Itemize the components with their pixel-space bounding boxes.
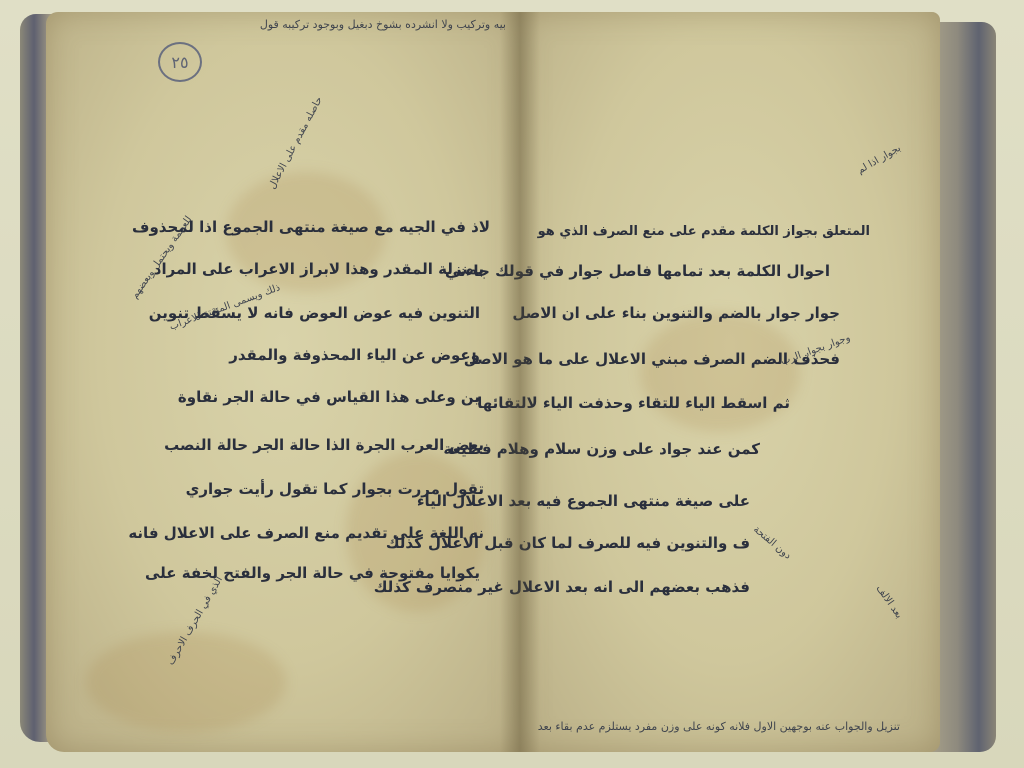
text-line: على صيغة منتهى الجموع فيه بعد الاعلال ال…	[417, 492, 750, 510]
book-gutter	[500, 12, 540, 752]
margin-note: بعد الالف	[874, 583, 905, 620]
text-line: ين وعلى هذا القياس في حالة الجر نقاوة	[178, 388, 480, 406]
left-page: ٢٥ بيه وتركيب ولا انشرده بشوخ دبغيل وبوج…	[46, 12, 520, 752]
text-line: فذهب بعضهم الى انه بعد الاعلال غير منصرف…	[374, 578, 750, 596]
photo-scene: ٢٥ بيه وتركيب ولا انشرده بشوخ دبغيل وبوج…	[0, 0, 1024, 768]
water-stain	[640, 312, 800, 432]
open-manuscript: ٢٥ بيه وتركيب ولا انشرده بشوخ دبغيل وبوج…	[20, 4, 980, 756]
text-line: ف والتنوين فيه للصرف لما كان قبل الاعلال…	[386, 534, 750, 552]
text-line: بمنزلة المقدر وهذا لابراز الاعراب على ال…	[154, 260, 484, 278]
text-line: وعوض عن الياء المحذوفة والمقدر	[229, 346, 480, 364]
right-page: المتعلق بجواز الكلمة مقدم على منع الصرف …	[520, 12, 940, 752]
margin-note: دون الفتحة	[752, 524, 794, 562]
text-line: كمن عند جواد على وزن سلام وهلام فظيعة	[443, 440, 760, 458]
page-header-text: بيه وتركيب ولا انشرده بشوخ دبغيل وبوجود …	[260, 18, 506, 31]
text-line: جوار جوار بالضم والتنوين بناء على ان الا…	[512, 304, 840, 322]
text-line: المتعلق بجواز الكلمة مقدم على منع الصرف …	[538, 224, 870, 239]
text-line: بعض العرب الجرة الذا حالة الجر حالة النص…	[164, 436, 484, 454]
margin-note: بجوار اذا لم	[856, 143, 903, 177]
page-footer-text: تنزيل والجواب عنه بوجهين الاول فلانه كون…	[538, 720, 900, 733]
page-number: ٢٥	[158, 42, 202, 82]
